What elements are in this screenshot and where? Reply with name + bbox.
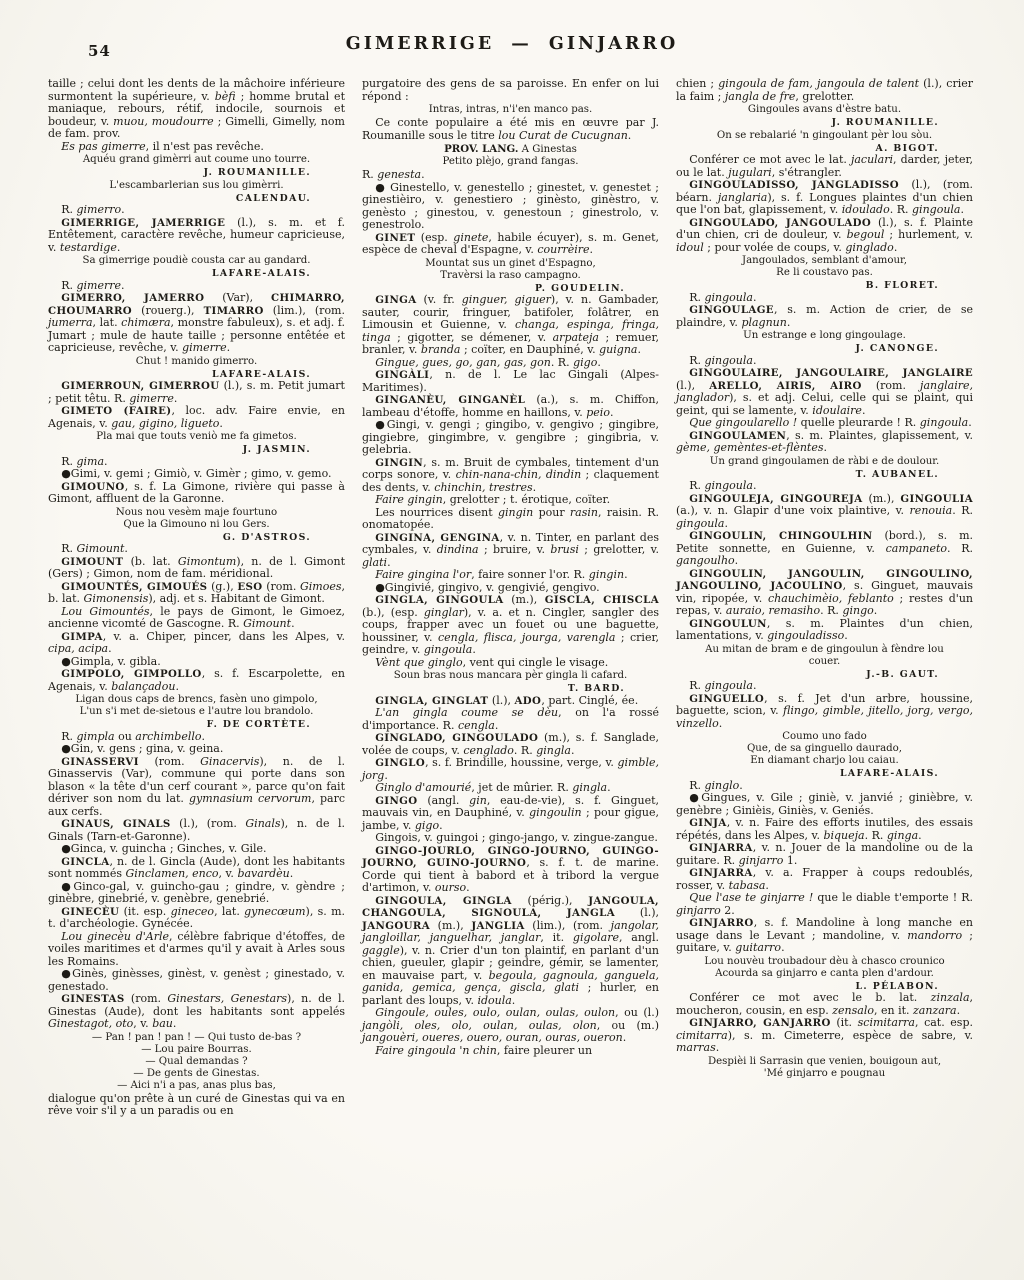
entry-paragraph: ●Gingues, v. Gile ; giniè, v. janvié ; g… <box>676 792 973 817</box>
entry-paragraph: GINGLO, s. f. Brindille, houssine, verge… <box>362 757 659 782</box>
entry-paragraph: GINGANÈU, GINGANÈL (a.), s. m. Chiffon, … <box>362 394 659 419</box>
entry-paragraph: Conférer ce mot avec le lat. jaculari, d… <box>676 154 973 179</box>
entry-paragraph: GINGOULUN, s. m. Plaintes d'un chien, la… <box>676 618 973 643</box>
entry-paragraph: GINGO-JOURLO, GINGO-JOURNO, GUINGO-JOURN… <box>362 845 659 895</box>
entry-paragraph: R. gimerre. <box>48 280 345 293</box>
page-title: GIMERRIGE — GINJARRO <box>48 34 976 54</box>
entry-paragraph: GIMOUNO, s. f. La Gimone, rivière qui pa… <box>48 481 345 506</box>
entry-paragraph: GINESTAS (rom. Ginestars, Genestars), n.… <box>48 993 345 1031</box>
entry-paragraph: dialogue qu'on prête à un curé de Ginest… <box>48 1093 345 1118</box>
verse-quote: Coumo uno fadoQue, de sa ginguello daura… <box>676 731 973 767</box>
entry-paragraph: GIMOUNT (b. lat. Gimontum), n. de l. Gim… <box>48 556 345 581</box>
entry-paragraph: GINGOULIN, JANGOULIN, GINGOULINO, JANGOU… <box>676 568 973 618</box>
entry-paragraph: R. gimerro. <box>48 204 345 217</box>
entry-paragraph: GINJARRA, v. n. Jouer de la mandoline ou… <box>676 842 973 867</box>
verse-quote: Sa gimerrige poudiè cousta car au gandar… <box>48 255 345 267</box>
entry-paragraph: L'an gingla coume se dèu, on l'a rossé d… <box>362 707 659 732</box>
entry-paragraph: taille ; celui dont les dents de la mâch… <box>48 78 345 141</box>
entry-paragraph: GINGUELLO, s. f. Jet d'un arbre, houssin… <box>676 693 973 731</box>
entry-paragraph: GINECÈU (it. esp. gineceo, lat. gynecœum… <box>48 906 345 931</box>
entry-paragraph: ● Ginestello, v. genestello ; ginestet, … <box>362 182 659 232</box>
entry-paragraph: GINJA, v. n. Faire des efforts inutiles,… <box>676 817 973 842</box>
entry-paragraph: purgatoire des gens de sa paroisse. En e… <box>362 78 659 103</box>
entry-paragraph: Gingoule, oules, oulo, oulan, oulas, oul… <box>362 1007 659 1045</box>
quote-attribution: J. ROUMANILLE. <box>676 117 973 129</box>
verse-quote: Nous nou vesèm maje fourtunoQue la Gimou… <box>48 507 345 531</box>
entry-paragraph: GINGÀLI, n. de l. Le lac Gingali (Alpes-… <box>362 369 659 394</box>
entry-paragraph: GINGOULEJA, GINGOUREJA (m.), GINGOULIA (… <box>676 493 973 531</box>
entry-paragraph: GINGOULA, GINGLA (périg.), JANGOULA, CHA… <box>362 895 659 1008</box>
entry-paragraph: ●Gin, v. gens ; gina, v. geina. <box>48 743 345 756</box>
verse-quote: Un estrange e long gingoulage. <box>676 330 973 342</box>
text-columns: taille ; celui dont les dents de la mâch… <box>48 78 976 1118</box>
verse-quote: Chut ! manido gimerro. <box>48 356 345 368</box>
entry-paragraph: R. gingoula. <box>676 355 973 368</box>
quote-attribution: T. BARD. <box>362 683 659 695</box>
entry-paragraph: Es pas gimerre, il n'est pas revêche. <box>48 141 345 154</box>
entry-paragraph: GINGIN, s. m. Bruit de cymbales, tinteme… <box>362 457 659 495</box>
entry-paragraph: Faire gingoula 'n chin, faire pleurer un <box>362 1045 659 1058</box>
entry-paragraph: R. genesta. <box>362 169 659 182</box>
entry-paragraph: GIMERRO, JAMERRO (Var), CHIMARRO, CHOUMA… <box>48 292 345 355</box>
dictionary-column-2: purgatoire des gens de sa paroisse. En e… <box>362 78 659 1057</box>
verse-quote: — Pan ! pan ! pan ! — Qui tusto de-bas ?… <box>48 1032 345 1092</box>
entry-paragraph: GIMPA, v. a. Chiper, pincer, dans les Al… <box>48 631 345 656</box>
dictionary-column-3: chien ; gingoula de fam, jangoula de tal… <box>676 78 973 1081</box>
entry-paragraph: GINJARRO, s. f. Mandoline à long manche … <box>676 917 973 955</box>
entry-paragraph: GINGOULAMEN, s. m. Plaintes, glapissemen… <box>676 430 973 455</box>
entry-paragraph: GINGOULADISSO, JANGLADISSO (l.), (rom. b… <box>676 179 973 217</box>
verse-quote: Lou nouvèu troubadour dèu à chasco croun… <box>676 956 973 980</box>
entry-paragraph: GIMETO (FAIRE), loc. adv. Faire envie, e… <box>48 405 345 430</box>
entry-paragraph: Lou ginecèu d'Arle, célèbre fabrique d'é… <box>48 931 345 969</box>
entry-paragraph: ●Ginès, ginèsses, ginèst, v. genèst ; gi… <box>48 968 345 993</box>
entry-paragraph: ●Gimi, v. gemi ; Gimiò, v. Gimèr ; gimo,… <box>48 468 345 481</box>
entry-paragraph: Gingois, v. guingoi ; gingo-jango, v. zi… <box>362 832 659 845</box>
entry-paragraph: R. gingoula. <box>676 680 973 693</box>
entry-paragraph: Lou Gimountés, le pays de Gimont, le Gim… <box>48 606 345 631</box>
verse-quote: Un grand gingoulamen de ràbi e de doulou… <box>676 456 973 468</box>
quote-attribution: J. ROUMANILLE. <box>48 167 345 179</box>
verse-quote: Aquéu grand gimèrri aut coume uno tourre… <box>48 154 345 166</box>
entry-paragraph: GINGLADO, GINGOULADO (m.), s. f. Sanglad… <box>362 732 659 757</box>
entry-paragraph: ●Ginco-gal, v. guincho-gau ; gindre, v. … <box>48 881 345 906</box>
entry-paragraph: GINGLA, GINGOULA (m.), GISCLA, CHISCLA (… <box>362 594 659 657</box>
verse-quote: Jangoulados, semblant d'amour,Re li cous… <box>676 255 973 279</box>
entry-paragraph: Les nourrices disent gingin pour rasin, … <box>362 507 659 532</box>
verse-quote: Mountat sus un ginet d'Espagno,Travèrsi … <box>362 258 659 282</box>
verse-quote: PROV. LANG. A GinestasPetito plèjo, gran… <box>362 143 659 168</box>
verse-quote: Au mitan de bram e de gingoulun à fèndre… <box>676 644 973 668</box>
entry-paragraph: GINJARRO, GANJARRO (it. scimitarra, cat.… <box>676 1017 973 1055</box>
entry-paragraph: GINGO (angl. gin, eau-de-vie), s. f. Gin… <box>362 795 659 833</box>
verse-quote: Gingoules avans d'èstre batu. <box>676 104 973 116</box>
entry-paragraph: GIMOUNTÉS, GIMOUÉS (g.), ESO (rom. Gimoe… <box>48 581 345 606</box>
verse-quote: On se rebalarié 'n gingoulant pèr lou sò… <box>676 130 973 142</box>
entry-paragraph: GINASSERVI (rom. Ginacervis), n. de l. G… <box>48 756 345 819</box>
dictionary-page: 54 GIMERRIGE — GINJARRO taille ; celui d… <box>0 0 1024 1280</box>
verse-quote: Despièi li Sarrasin que venien, bouigoun… <box>676 1056 973 1080</box>
entry-paragraph: Conférer ce mot avec le b. lat. zinzala,… <box>676 992 973 1017</box>
entry-paragraph: GINET (esp. ginete, habile écuyer), s. m… <box>362 232 659 257</box>
entry-paragraph: GINGOULAIRE, JANGOULAIRE, JANGLAIRE (l.)… <box>676 367 973 417</box>
entry-paragraph: GIMERROUN, GIMERROU (l.), s. m. Petit ju… <box>48 380 345 405</box>
entry-paragraph: GIMPOLO, GIMPOLLO, s. f. Escarpolette, e… <box>48 668 345 693</box>
page-header: 54 GIMERRIGE — GINJARRO <box>48 34 976 78</box>
verse-quote: Ligan dous caps de brencs, fasèn uno gim… <box>48 694 345 718</box>
entry-paragraph: chien ; gingoula de fam, jangoula de tal… <box>676 78 973 103</box>
entry-paragraph: Que l'ase te ginjarre ! que le diable t'… <box>676 892 973 917</box>
entry-paragraph: R. gingoula. <box>676 480 973 493</box>
entry-paragraph: GIMERRIGE, JAMERRIGE (l.), s. m. et f. E… <box>48 217 345 255</box>
entry-paragraph: GINGOULIN, CHINGOULHIN (bord.), s. m. Pe… <box>676 530 973 568</box>
entry-paragraph: Faire gingina l'or, faire sonner l'or. R… <box>362 569 659 582</box>
verse-quote: Intras, intras, n'i'en manco pas. <box>362 104 659 116</box>
entry-paragraph: Ginglo d'amourié, jet de mûrier. R. ging… <box>362 782 659 795</box>
entry-paragraph: Vènt que ginglo, vent qui cingle le visa… <box>362 657 659 670</box>
verse-quote: L'escambarlerian sus lou gimèrri. <box>48 180 345 192</box>
entry-paragraph: GINCLA, n. de l. Gincla (Aude), dont les… <box>48 856 345 881</box>
entry-paragraph: GINAUS, GINALS (l.), (rom. Ginals), n. d… <box>48 818 345 843</box>
entry-paragraph: GINGINA, GENGINA, v. n. Tinter, en parla… <box>362 532 659 570</box>
entry-paragraph: GINGA (v. fr. ginguer, giguer), v. n. Ga… <box>362 294 659 357</box>
entry-paragraph: GINGOULADO, JANGOULADO (l.), s. f. Plain… <box>676 217 973 255</box>
verse-quote: Soun bras nous mancara pèr gingla li caf… <box>362 670 659 682</box>
entry-paragraph: GINGOULAGE, s. m. Action de crier, de se… <box>676 304 973 329</box>
entry-paragraph: ●Ginca, v. guincha ; Ginches, v. Gile. <box>48 843 345 856</box>
entry-paragraph: GINJARRA, v. a. Frapper à coups redoublé… <box>676 867 973 892</box>
entry-paragraph: Que gingoularello ! quelle pleurarde ! R… <box>676 417 973 430</box>
entry-paragraph: ●Gingi, v. gengi ; gingibo, v. gengivo ;… <box>362 419 659 457</box>
dictionary-column-1: taille ; celui dont les dents de la mâch… <box>48 78 345 1118</box>
verse-quote: Pla mai que touts veniò me fa gimetos. <box>48 431 345 443</box>
entry-paragraph: Ce conte populaire a été mis en œuvre pa… <box>362 117 659 142</box>
